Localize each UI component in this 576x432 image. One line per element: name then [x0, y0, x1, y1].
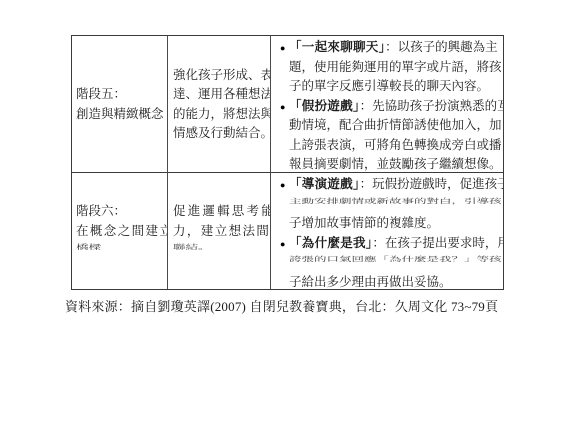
goal-line: 的能力，將想法與 [173, 105, 270, 125]
stage-name-line: 創造與精緻概念 [76, 105, 167, 125]
bullet-icon: ● [280, 178, 285, 192]
activity-title: 「假扮遊戲」 [289, 99, 360, 113]
bullet-item: ● 「導演遊戲」：玩假扮遊戲時，促進孩子 主動安排劇情或新故事的對白，引導孩 子… [271, 175, 503, 234]
activity-line: 子的單字反應引導較長的聊天內容。 [289, 77, 503, 97]
stage-name-line: 階段五： [76, 85, 167, 105]
cell-stage6-activities: ● 「導演遊戲」：玩假扮遊戲時，促進孩子 主動安排劇情或新故事的對白，引導孩 子… [271, 173, 503, 289]
stage-name-line: 在概念之間建立 [76, 222, 167, 242]
goal-line: 情感及行動結合。 [173, 124, 270, 144]
cell-stage5-activities: ● 「一起來聊聊天」：以孩子的興趣為主 題，使用能夠運用的單字或片語，將孩 子的… [271, 36, 503, 173]
cell-stage5-name: 階段五： 創造與精緻概念 [72, 36, 168, 173]
bullet-item: ● 「假扮遊戲」：先協助孩子扮演熟悉的互 動情境，配合曲折情節誘使他加入，加 上… [271, 97, 503, 174]
cell-stage6-name: 階段六： 在概念之間建立 橋樑 [72, 173, 168, 289]
goal-line: 力，建立想法間的 [173, 222, 270, 242]
source-citation: 資料來源：摘自劉瓊英譯(2007) 自閉兒教養寶典，台北：久周文化 73~79頁 [65, 296, 498, 315]
activity-line: 主動安排劇情或新故事的對白，引導孩 [289, 196, 503, 206]
activity-line: 動情境，配合曲折情節誘使他加入，加 [289, 116, 503, 136]
activity-title: 「為什麼是我」 [289, 236, 372, 250]
activity-title: 「一起來聊聊天」 [289, 40, 385, 54]
goal-line: 強化孩子形成、表 [173, 66, 270, 86]
bullet-item: ● 「一起來聊聊天」：以孩子的興趣為主 題，使用能夠運用的單字或片語，將孩 子的… [271, 38, 503, 97]
stages-table: 階段五： 創造與精緻概念 強化孩子形成、表 達、運用各種想法 的能力，將想法與 … [71, 35, 504, 290]
activity-line: 誇張的口氣回應「為什麼是我？」等孩 [289, 255, 503, 265]
stage-name-line: 階段六： [76, 202, 167, 222]
bullet-icon: ● [280, 100, 285, 114]
table-row-stage6: 階段六： 在概念之間建立 橋樑 促進邏輯思考能 力，建立想法間的 聯結。 ● 「… [71, 172, 504, 290]
cell-stage5-goal: 強化孩子形成、表 達、運用各種想法 的能力，將想法與 情感及行動結合。 [168, 36, 271, 173]
bullet-icon: ● [280, 237, 285, 251]
activity-line: 報員摘要劇情，並鼓勵孩子繼續想像。 [289, 155, 503, 173]
activity-line: 子增加故事情節的複雜度。 [289, 214, 503, 234]
activity-line: 「導演遊戲」：玩假扮遊戲時，促進孩子 [289, 175, 503, 195]
goal-line: 促進邏輯思考能 [173, 202, 270, 222]
goal-line: 聯結。 [173, 242, 270, 252]
activity-line: 「一起來聊聊天」：以孩子的興趣為主 [289, 38, 503, 58]
goal-line: 達、運用各種想法 [173, 85, 270, 105]
activity-line: 題，使用能夠運用的單字或片語，將孩 [289, 58, 503, 78]
bullet-icon: ● [280, 41, 285, 55]
activity-line: 「假扮遊戲」：先協助孩子扮演熟悉的互 [289, 97, 503, 117]
activity-title: 「導演遊戲」 [289, 177, 360, 191]
cell-stage6-goal: 促進邏輯思考能 力，建立想法間的 聯結。 [168, 173, 271, 289]
activity-line: 子給出多少理由再做出妥協。 [289, 273, 503, 290]
activity-line: 上誇張表演，可將角色轉換成旁白或播 [289, 136, 503, 156]
bullet-item: ● 「為什麼是我」：在孩子提出要求時，用 誇張的口氣回應「為什麼是我？」等孩 子… [271, 234, 503, 290]
activity-line: 「為什麼是我」：在孩子提出要求時，用 [289, 234, 503, 254]
stage-name-line: 橋樑 [76, 242, 167, 252]
table-row-stage5: 階段五： 創造與精緻概念 強化孩子形成、表 達、運用各種想法 的能力，將想法與 … [71, 35, 504, 174]
